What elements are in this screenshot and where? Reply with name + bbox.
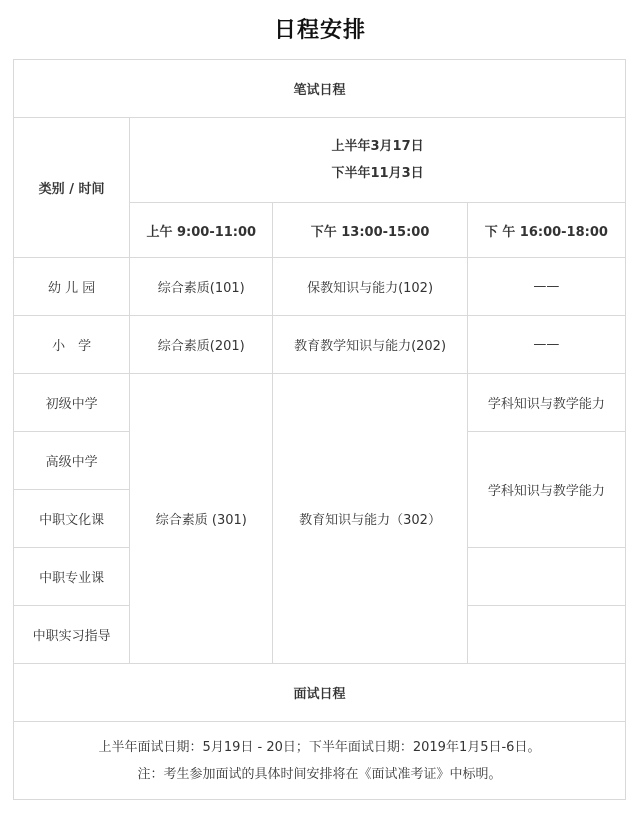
subject-cell-merged: 学科知识与教学能力 — [467, 432, 625, 548]
date-line-first-half: 上半年3月17日 — [130, 133, 625, 160]
date-line-second-half: 下半年11月3日 — [130, 160, 625, 187]
interview-section-row: 面试日程 — [14, 664, 626, 722]
subject-cell-empty — [467, 548, 625, 606]
page-title: 日程安排 — [0, 0, 640, 59]
subject-cell-merged: 综合素质 (301) — [130, 374, 273, 664]
schedule-table: 笔试日程 类别 / 时间 上半年3月17日 下半年11月3日 上午 9:00-1… — [13, 59, 626, 800]
subject-cell: 综合素质(101) — [130, 258, 273, 316]
category-cell: 中职专业课 — [14, 548, 130, 606]
header-dates-row: 类别 / 时间 上半年3月17日 下半年11月3日 — [14, 118, 626, 203]
interview-note-text: 注：考生参加面试的具体时间安排将在《面试准考证》中标明。 — [14, 761, 625, 788]
time-slot-afternoon1: 下午 13:00-15:00 — [273, 203, 467, 258]
time-slot-morning: 上午 9:00-11:00 — [130, 203, 273, 258]
written-section-label: 笔试日程 — [14, 60, 626, 118]
subject-cell: —— — [467, 316, 625, 374]
table-row-kindergarten: 幼 儿 园 综合素质(101) 保教知识与能力(102) —— — [14, 258, 626, 316]
table-row-primary: 小 学 综合素质(201) 教育教学知识与能力(202) —— — [14, 316, 626, 374]
category-time-header: 类别 / 时间 — [14, 118, 130, 258]
subject-cell: 综合素质(201) — [130, 316, 273, 374]
subject-cell: 教育教学知识与能力(202) — [273, 316, 467, 374]
subject-cell: 保教知识与能力(102) — [273, 258, 467, 316]
interview-notes-cell: 上半年面试日期：5月19日 - 20日；下半年面试日期：2019年1月5日-6日… — [14, 722, 626, 800]
subject-cell: 学科知识与教学能力 — [467, 374, 625, 432]
category-cell: 高级中学 — [14, 432, 130, 490]
subject-cell-merged: 教育知识与能力（302） — [273, 374, 467, 664]
interview-dates-text: 上半年面试日期：5月19日 - 20日；下半年面试日期：2019年1月5日-6日… — [14, 734, 625, 761]
interview-section-label: 面试日程 — [14, 664, 626, 722]
interview-notes-row: 上半年面试日期：5月19日 - 20日；下半年面试日期：2019年1月5日-6日… — [14, 722, 626, 800]
subject-cell: —— — [467, 258, 625, 316]
category-cell: 小 学 — [14, 316, 130, 374]
category-cell: 幼 儿 园 — [14, 258, 130, 316]
category-cell: 初级中学 — [14, 374, 130, 432]
table-row-junior-middle: 初级中学 综合素质 (301) 教育知识与能力（302） 学科知识与教学能力 — [14, 374, 626, 432]
category-cell: 中职实习指导 — [14, 606, 130, 664]
exam-dates-cell: 上半年3月17日 下半年11月3日 — [130, 118, 626, 203]
written-section-row: 笔试日程 — [14, 60, 626, 118]
category-cell: 中职文化课 — [14, 490, 130, 548]
subject-cell-empty — [467, 606, 625, 664]
time-slot-afternoon2: 下 午 16:00-18:00 — [467, 203, 625, 258]
